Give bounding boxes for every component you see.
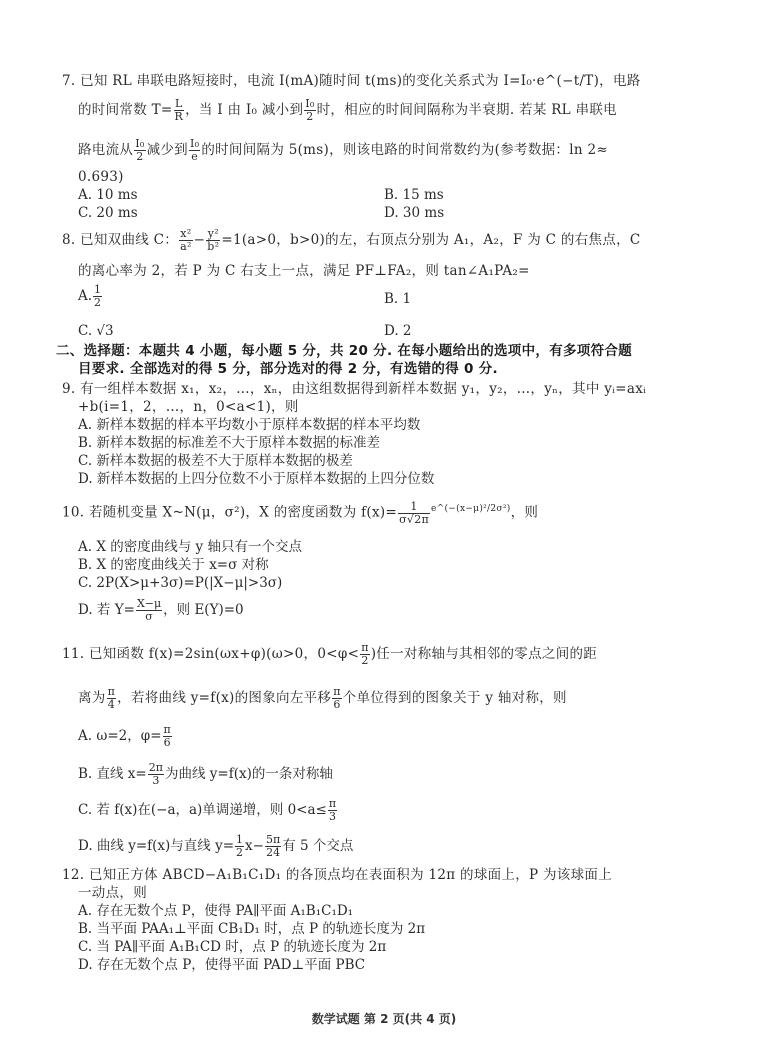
fraction: π4 [107,686,117,711]
text: ，若将曲线 y=f(x)的图象向左平移 [117,690,331,706]
text: D. 曲线 y=f(x)与直线 y= [78,838,234,854]
q8-option-c: C. √3 [78,322,114,340]
text: ，则 [511,505,539,521]
section2-heading-line2: 目要求. 全部选对的得 5 分，部分选对的得 2 分，有选错的得 0 分. [78,360,498,378]
denominator: σ√2π [398,514,430,526]
q9-option-c: C. 新样本数据的极差不大于原样本数据的极差 [78,452,353,470]
q9-line2: +b(i=1，2，…，n，0<a<1)，则 [78,398,299,416]
q12-option-c: C. 当 PA∥平面 A₁B₁CD 时，点 P 的轨迹长度为 2π [78,938,386,956]
fraction: 2π3 [148,762,164,787]
text: )任一对称轴与其相邻的零点之间的距 [371,646,597,662]
fraction: π2 [360,642,370,667]
q12-line2: 一动点，则 [78,884,147,902]
text: ，则 E(Y)=0 [163,602,244,618]
q9-option-d: D. 新样本数据的上四分位数不小于原样本数据的上四分位数 [78,470,434,488]
q7-option-b: B. 15 ms [384,186,444,204]
q11-option-a: A. ω=2，φ=π6 [78,724,173,749]
text: C. 若 f(x)在(−a，a)单调递增，则 0<a≤ [78,802,327,818]
denominator: R [174,111,185,123]
fraction: I₀2 [304,98,315,123]
q7-option-c: C. 20 ms [78,204,138,222]
q7-line4: 0.693) [78,168,124,186]
q7-line1: 7. 已知 RL 串联电路短接时，电流 I(mA)随时间 t(ms)的变化关系式… [62,72,641,90]
text: 时，相应的时间间隔称为半衰期. 若某 RL 串联电 [317,102,617,118]
denominator: 24 [265,847,281,859]
q9-option-a: A. 新样本数据的样本平均数小于原样本数据的样本平均数 [78,416,420,434]
text: 减少到 [147,142,188,158]
q10-option-d: D. 若 Y=X−μσ，则 E(Y)=0 [78,598,244,623]
text: B. 直线 x= [78,766,147,782]
text: A. ω=2，φ= [78,728,162,744]
denominator: 3 [328,811,337,823]
exam-page: 7. 已知 RL 串联电路短接时，电流 I(mA)随时间 t(ms)的变化关系式… [0,0,768,1052]
q7-option-a: A. 10 ms [78,186,138,204]
denominator: σ [136,611,162,623]
text: 的时间间隔为 5(ms)，则该电路的时间常数约为(参考数据：ln 2≈ [201,142,608,158]
q7-option-d: D. 30 ms [384,204,444,222]
text: x− [245,838,264,854]
fraction: 1σ√2π [398,501,430,526]
denominator: 2 [93,297,102,309]
q12-option-b: B. 当平面 PAA₁⊥平面 CB₁D₁ 时，点 P 的轨迹长度为 2π [78,920,425,938]
text: 为曲线 y=f(x)的一条对称轴 [165,766,333,782]
fraction: LR [174,98,185,123]
denominator: 4 [107,699,117,711]
q12-option-d: D. 存在无数个点 P，使得平面 PAD⊥平面 PBC [78,956,365,974]
q7-line3: 路电流从I₀2减少到I₀e的时间间隔为 5(ms)，则该电路的时间常数约为(参考… [78,138,608,163]
denominator: b² [206,241,220,253]
q8-option-b: B. 1 [384,290,411,308]
text: 有 5 个交点 [282,838,353,854]
q10-option-c: C. 2P(X>μ+3σ)=P(|X−μ|>3σ) [78,574,282,592]
q8-option-d: D. 2 [384,322,412,340]
q9-line1: 9. 有一组样本数据 x₁，x₂，…，xₙ，由这组数据得到新样本数据 y₁，y₂… [62,380,646,398]
fraction: x²a² [179,228,193,253]
q12-line1: 12. 已知正方体 ABCD−A₁B₁C₁D₁ 的各顶点均在表面积为 12π 的… [62,866,612,884]
fraction: I₀e [189,138,200,163]
denominator: 2 [360,655,370,667]
q11-line2: 离为π4，若将曲线 y=f(x)的图象向左平移π6个单位得到的图象关于 y 轴对… [78,686,567,711]
fraction: π6 [163,724,172,749]
text: 11. 已知函数 f(x)=2sin(ωx+φ)(ω>0，0<φ< [62,646,359,662]
fraction: 12 [93,284,102,309]
fraction: X−μσ [136,598,162,623]
denominator: 6 [163,737,172,749]
denominator: 2 [235,847,244,859]
text: 8. 已知双曲线 C： [62,232,178,248]
label: A. [78,288,92,304]
text: 10. 若随机变量 X~N(μ，σ²)，X 的密度函数为 f(x)= [62,505,397,521]
text: 个单位得到的图象关于 y 轴对称，则 [343,690,567,706]
denominator: e [189,151,200,163]
denominator: 2 [304,111,315,123]
fraction: π3 [328,798,337,823]
q11-line1: 11. 已知函数 f(x)=2sin(ωx+φ)(ω>0，0<φ<π2)任一对称… [62,642,597,667]
q11-option-d: D. 曲线 y=f(x)与直线 y=12x−5π24有 5 个交点 [78,834,353,859]
q8-option-a: A.12 [78,284,103,309]
text: =1(a>0，b>0)的左，右顶点分别为 A₁，A₂，F 为 C 的右焦点，C [221,232,640,248]
fraction: 5π24 [265,834,281,859]
exponent: e^(−(x−μ)²/2σ²) [431,504,511,514]
fraction: y²b² [206,228,220,253]
q10-option-b: B. X 的密度曲线关于 x=σ 对称 [78,556,269,574]
q12-option-a: A. 存在无数个点 P，使得 PA∥平面 A₁B₁C₁D₁ [78,902,353,920]
page-footer: 数学试题 第 2 页(共 4 页) [0,1010,768,1027]
q11-option-b: B. 直线 x=2π3为曲线 y=f(x)的一条对称轴 [78,762,333,787]
denominator: 3 [148,775,164,787]
text: ，当 I 由 I₀ 减小到 [185,102,303,118]
q8-line2: 的离心率为 2，若 P 为 C 右支上一点，满足 PF⊥FA₂，则 tan∠A₁… [78,262,530,280]
denominator: 2 [134,151,145,163]
denominator: 6 [332,699,342,711]
q7-line2: 的时间常数 T=LR，当 I 由 I₀ 减小到I₀2时，相应的时间间隔称为半衰期… [78,98,617,123]
fraction: π6 [332,686,342,711]
text: 的时间常数 T= [78,102,173,118]
q10-line1: 10. 若随机变量 X~N(μ，σ²)，X 的密度函数为 f(x)=1σ√2πe… [62,500,538,526]
text: 路电流从 [78,142,133,158]
text: D. 若 Y= [78,602,135,618]
section2-heading-line1: 二、选择题：本题共 4 小题，每小题 5 分，共 20 分. 在每小题给出的选项… [56,342,632,360]
denominator: a² [179,241,193,253]
numerator: 1 [398,501,430,514]
text: 离为 [78,690,106,706]
q8-line1: 8. 已知双曲线 C：x²a²−y²b²=1(a>0，b>0)的左，右顶点分别为… [62,228,641,253]
q10-option-a: A. X 的密度曲线与 y 轴只有一个交点 [78,538,302,556]
q9-option-b: B. 新样本数据的标准差不大于原样本数据的标准差 [78,434,380,452]
fraction: 12 [235,834,244,859]
q11-option-c: C. 若 f(x)在(−a，a)单调递增，则 0<a≤π3 [78,798,338,823]
fraction: I₀2 [134,138,145,163]
